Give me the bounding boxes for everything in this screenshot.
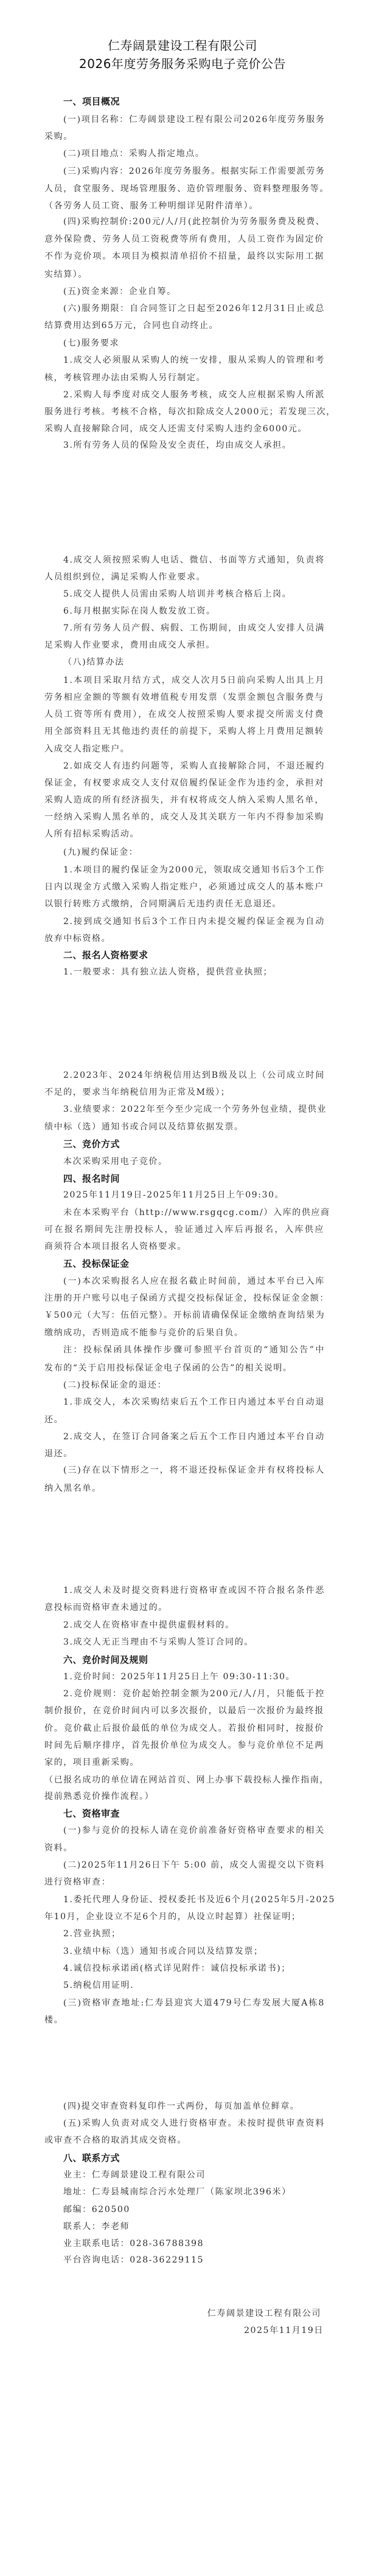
body-text-line: 服务进行考核。考核不合格，每次扣除成交人2000元；若发现三次， [44, 406, 324, 417]
paragraph-first-line: 联系人：李老师 [63, 2221, 325, 2232]
paragraph-first-line: (四)提交审查资料复印件一式两份，每页加盖单位鲜章。 [63, 2101, 325, 2112]
paragraph-first-line: (六)服务期限：自合同签订之日起至2026年12月31日止或总 [63, 303, 325, 314]
paragraph-first-line: 2.如成交人有违约问题等，采购人直接解除合同，不退还履约 [63, 761, 325, 772]
paragraph-first-line: (一)项目名称：仁寿阔景建设工程有限公司2026年度劳务服务 [63, 114, 325, 125]
paragraph-first-line: 3.所有劳务人员的保险及安全责任，均由成交人承担。 [63, 440, 325, 451]
paragraph-first-line: 1.成交人必须服从采购人的统一安排，服从采购人的管理和考 [63, 355, 325, 366]
body-text-line: 日内以现金方式缴入采购人指定账户，必须通过成交人的基本账户 [44, 882, 324, 892]
section-heading: 三、竞价方式 [63, 1139, 325, 1149]
body-text-line: 楼。 [44, 2015, 324, 2026]
body-text-line: 人员，食堂服务、现场管理服务、造价管理服务、资料整理服务等。 [44, 183, 324, 194]
paragraph-first-line: 业主联系电话：028-36788398 [63, 2238, 325, 2249]
body-text-line: 退还。 [44, 1448, 324, 1459]
section-heading: 八、联系方式 [63, 2153, 325, 2163]
body-text-line: 用全部资料且无其他违约责任的前提下，采购人将上月费用足额转 [44, 726, 324, 737]
section-heading: 一、项目概况 [63, 96, 325, 107]
paragraph-first-line: 平台咨询电话：028-36229115 [63, 2255, 325, 2266]
section-heading: 五、投标保证金 [63, 1258, 325, 1269]
paragraph-first-line: （八)结算办法 [63, 657, 325, 668]
paragraph-first-line: (四)采购控制价:200元/人/月(此控制价为劳务服务费及税费、 [63, 216, 325, 227]
body-text-line: 人所有招标采购活动。 [44, 829, 324, 840]
signature-company: 仁寿阔景建设工程有限公司 [207, 2308, 321, 2319]
body-text-line: 年10月，企业设立不足6个月的，从设立时起算）社保证明； [44, 1911, 324, 1922]
paragraph-first-line: 邮编：620500 [63, 2204, 325, 2215]
paragraph-first-line: 2025年11月19日-2025年11月25日上午09:30。 [63, 1190, 325, 1201]
paragraph-first-line: (三)资格审查地址:仁寿县迎宾大道479号仁寿发展大厦A栋8 [63, 1998, 325, 2009]
body-text-line: 放弃中标资格。 [44, 933, 324, 944]
section-heading: 四、报名时间 [63, 1173, 325, 1184]
paragraph-first-line: (五)资金来源：企业自筹。 [63, 286, 325, 297]
body-text-line: 采购。 [44, 131, 324, 142]
paragraph-first-line: 1.竞价时间：2025年11月25日上午 09:30-11:30。 [63, 1671, 325, 1682]
paragraph-first-line: (三)采购内容：2026年度劳务服务。根据实际工作需要派劳务 [63, 166, 325, 177]
paragraph-first-line: 2.接到成交通知书后3个工作日内未提交履约保证金视为自动 [63, 916, 325, 927]
body-text-line: 缴纳成功，否则造成不能参与竞价的后果自负。 [44, 1327, 324, 1338]
body-text-line: 采购人造成的所有经济损失，并有权将成交人纳入采购人黑名单， [44, 795, 324, 806]
body-text-line: 结算费用达到65万元，合同也自动终止。 [44, 320, 324, 331]
paragraph-first-line: 1.本项目采取月结方式，成交人次月5日前向采购人出具上月 [63, 675, 325, 686]
body-text-line: 以银行转账方式缴纳，合同期满后无违约责任无息退还。 [44, 899, 324, 909]
body-text-line: 绩中标（选）通知书或合同以及结算依据发票。 [44, 1122, 324, 1132]
signature-date: 2025年11月19日 [244, 2325, 324, 2336]
body-text-line: 进行资格审查： [44, 1877, 324, 1888]
body-text-line: 还。 [44, 1414, 324, 1425]
paragraph-first-line: 2.采购人每季度对成交人服务考核，成交人应根据采购人所派 [63, 389, 325, 400]
body-text-line: 价。竞价截止后报价最低的单位为成交人。若报价相同时，按报价 [44, 1723, 324, 1734]
paragraph-first-line: (二)投标保证金的退还： [63, 1380, 325, 1391]
paragraph-first-line: (七)服务要求 [63, 338, 325, 349]
paragraph-first-line: 1.非成交人，本次采购结束后五个工作日内通过本平台自动退 [63, 1397, 325, 1408]
body-text-line: （已报名成功的单位请在网站首页、网上办事下载投标人操作指南， [44, 1775, 324, 1786]
paragraph-first-line: (三)存在以下情形之一，将不退还投标保证金并有权将投标人 [63, 1465, 325, 1476]
paragraph-first-line: 地址：仁寿县城南综合污水处理厂（陈家坝北396米） [63, 2187, 325, 2197]
paragraph-first-line: 2.成交人在资格审查中提供虚假材料的。 [63, 1620, 325, 1631]
paragraph-first-line: 5.成交人提供人员需由采购人培训并考核合格后上岗。 [63, 589, 325, 600]
body-text-line: 不足的，要求当年纳税信用为正常及M级）； [44, 1087, 324, 1098]
paragraph-first-line: 7.所有劳务人员产假、病假、工伤期间，由成交人安排人员满 [63, 623, 325, 634]
paragraph-first-line: 2.成交人，在签订合同备案之后五个工作日内通过本平台自动 [63, 1431, 325, 1442]
body-text-line: 保证金，有权要求成交人支付双倍履约保证金作为违约金，承担对 [44, 778, 324, 789]
body-text-line: 纳入黑名单。 [44, 1483, 324, 1494]
paragraph-first-line: 本次采购采用电子竞价。 [63, 1156, 325, 1167]
body-text-line: 劳务相应金额的等额有效增值税专用发票（发票金额包含服务费与 [44, 692, 324, 703]
body-text-line: 制价报价，在竞价时间内可以多次报价，以最后一次报价为最终报 [44, 1705, 324, 1716]
paragraph-first-line: 3.成交人无正当理由不与采购人签订合同的。 [63, 1637, 325, 1648]
paragraph-first-line: 2.营业执照； [63, 1928, 325, 1939]
paragraph-first-line: 5.纳税信用证明. [63, 1980, 325, 1991]
paragraph-first-line: (九)履约保证金： [63, 847, 325, 858]
body-text-line: 一经纳入采购人黑名单的，成交人及其关联方一年内不得参加采购 [44, 812, 324, 823]
body-text-line: ￥500元（大写：伍佰元整）。开标前请确保保证金缴纳查询结果为 [44, 1310, 324, 1321]
body-text-line: 入成交人指定账户。 [44, 744, 324, 755]
paragraph-first-line: 2.竞价规则：竞价起始控制金额为200元/人/月，只能低于控 [63, 1688, 325, 1699]
body-text-line: 人员工资等所有费用），在成交人按照采购人要求提交所需支付费 [44, 709, 324, 720]
paragraph-first-line: 4.成交人须按照采购人电话、微信、书面等方式通知，负责将 [63, 555, 325, 566]
body-text-line: 意投标而资格审查未通过的。 [44, 1602, 324, 1613]
document-title-company: 仁寿阔景建设工程有限公司 [0, 38, 365, 53]
body-text-line: 实结算）。 [44, 269, 324, 280]
paragraph-first-line: (二)2025年11月26日下午 5:00 前，成交人需提交以下资料 [63, 1860, 325, 1871]
body-text-line: 采购人直接解除合同，成交人还需支付采购人违约金6000元。 [44, 423, 324, 434]
body-text-line: 发布的“关于启用投标保证金电子保函的公告”的相关说明。 [44, 1363, 324, 1374]
paragraph-first-line: 1.本项目的履约保证金为2000元，领取成交通知书后3个工作 [63, 865, 325, 875]
paragraph-first-line: 1.一般要求：具有独立法人资格，提供营业执照； [63, 967, 325, 978]
paragraph-first-line: 未在本采购平台（http://www.rsgqcg.com/）入库的供应商 [63, 1207, 325, 1218]
paragraph-first-line: 业主：仁寿阔景建设工程有限公司 [63, 2170, 325, 2180]
paragraph-first-line: 2.2023年、2024年纳税信用达到B级及以上（公司成立时间 [63, 1070, 325, 1081]
body-text-line: 可在报名期间先注册投标人，验证通过入库后再报名，入库供应 [44, 1224, 324, 1235]
body-text-line: 核，考核管理办法由采购人另行制定。 [44, 372, 324, 383]
paragraph-first-line: (二)项目地点：采购人指定地点。 [63, 148, 325, 159]
paragraph-first-line: 注：投标保函具体操作步骤可参照平台首页的“通知公告”中 [63, 1345, 325, 1355]
section-heading: 六、竞价时间及规则 [63, 1654, 325, 1665]
body-text-line: 意外保险费、劳务人员工资税费等所有费用，人员工资作为固定价 [44, 234, 324, 245]
section-heading: 二、报名人资格要求 [63, 950, 325, 961]
body-text-line: 足采购人作业要求，费用由成交人承担。 [44, 640, 324, 651]
body-text-line: 人员组织到位，满足采购人作业要求。 [44, 572, 324, 583]
paragraph-first-line: 3.业绩中标（选）通知书或合同以及结算发票； [63, 1946, 325, 1957]
paragraph-first-line: 1.委托代理人身份证、授权委托书及近6个月(2025年5月-2025 [63, 1894, 325, 1905]
body-text-line: 资料。 [44, 1843, 324, 1854]
paragraph-first-line: 1.成交人未及时提交资料进行资格审查或因不符合报名条件恶 [63, 1585, 325, 1596]
paragraph-first-line: 6.每月根据实际在岗人数发放工资。 [63, 606, 325, 617]
paragraph-first-line: 4.诚信投标承诺函(格式详见附件：诚信投标承诺书)； [63, 1963, 325, 1974]
body-text-line: 或审查不合格的取消其成交资格。 [44, 2135, 324, 2146]
body-text-line: 时间先后顺序排序，首先报价单位为成交人。参与竞价单位不足两 [44, 1740, 324, 1751]
paragraph-first-line: (一)本次采购报名人应在报名截止时间前，通过本平台已入库 [63, 1276, 325, 1287]
body-text-line: （各劳务人员工资、服务工种明细详见附件清单）。 [44, 200, 324, 211]
section-heading: 七、资格审查 [63, 1808, 325, 1819]
body-text-line: 注册的开户账号以电子保函方式提交投标保证金，投标保证金金额： [44, 1293, 324, 1304]
body-text-line: 提前熟悉竞价操作流程。） [44, 1791, 324, 1802]
paragraph-first-line: (五)采购人负责对成交人进行资格审查。未按时提供审查资料 [63, 2118, 325, 2129]
body-text-line: 商须符合本项目报名人资格要求。 [44, 1241, 324, 1252]
body-text-line: 不作为竞价项。本项目为模拟清单招价不招量，最终以实际用工据 [44, 251, 324, 262]
paragraph-first-line: (一)参与竞价的投标人请在竞价前准备好资格审查要求的相关 [63, 1825, 325, 1836]
document-title-main: 2026年度劳务服务采购电子竞价公告 [0, 56, 365, 72]
body-text-line: 家的，项目重新采购。 [44, 1757, 324, 1768]
paragraph-first-line: 3.业绩要求：2022年至今至少完成一个劳务外包业绩，提供业 [63, 1104, 325, 1115]
